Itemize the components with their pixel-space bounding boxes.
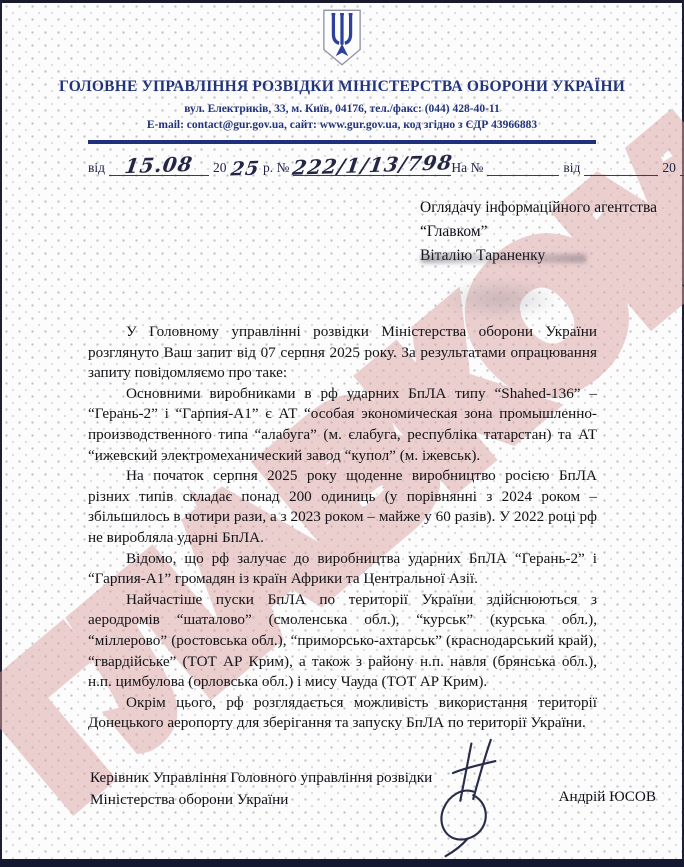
handwritten-signature — [416, 738, 512, 858]
letter-content: ГОЛОВНЕ УПРАВЛІННЯ РОЗВІДКИ МІНІСТЕРСТВА… — [0, 0, 684, 867]
reply-date-underline — [584, 158, 658, 176]
paragraph-launch-sites: Найчастіше пуски БпЛА по території Украї… — [88, 590, 597, 693]
outgoing-reference: від 15.08 2025р. № 222/1/13/798 — [88, 158, 451, 176]
address-line-2: E-mail: contact@gur.gov.ua, сайт: www.gu… — [0, 118, 684, 134]
from-label: від — [88, 160, 105, 176]
recipient-line-1: Оглядачу інформаційного агентства — [420, 196, 670, 220]
paragraph-intro: У Головному управлінні розвідки Міністер… — [88, 322, 597, 384]
incoming-reference: На № від 20 р. — [451, 158, 684, 176]
official-letter-page: ГЛАВКОМ ГОЛОВНЕ УПРАВЛІННЯ РОЗВІДКИ МІНІ… — [0, 0, 684, 867]
address-line-1: вул. Електриків, 33, м. Київ, 04176, тел… — [0, 102, 684, 118]
reply-number-underline — [487, 158, 559, 176]
recipient-line-2: “Главком” — [420, 220, 670, 244]
reply-year-underline — [680, 158, 684, 176]
paragraph-production-volume: На початок серпня 2025 року щоденне виро… — [88, 466, 597, 548]
reply-from-label: від — [563, 160, 580, 176]
paragraph-foreign-workers: Відомо, що рф залучає до виробництва уда… — [88, 549, 597, 590]
reply-number-label: На № — [451, 160, 483, 176]
ukraine-trident-emblem-icon — [321, 8, 363, 68]
header-divider — [88, 140, 596, 144]
signer-name: Андрій ЮСОВ — [559, 788, 656, 806]
paragraph-donetsk-airport: Окрім цього, рф розглядається можливість… — [88, 693, 597, 734]
letter-body: У Головному управлінні розвідки Міністер… — [88, 322, 597, 734]
reference-row: від 15.08 2025р. № 222/1/13/798 На № від… — [88, 158, 656, 176]
organization-name: ГОЛОВНЕ УПРАВЛІННЯ РОЗВІДКИ МІНІСТЕРСТВА… — [0, 78, 684, 96]
handwritten-year: 25 — [229, 162, 260, 177]
faded-pencil-smudge — [440, 278, 560, 320]
paragraph-producers: Основними виробниками в рф ударних БпЛА … — [88, 384, 597, 466]
organization-address: вул. Електриків, 33, м. Київ, 04176, тел… — [0, 102, 684, 133]
handwritten-date: 15.08 — [124, 157, 194, 173]
handwritten-number: 222/1/13/798 — [292, 155, 454, 175]
year-suffix: р. № — [263, 160, 289, 176]
redacted-contact-line — [421, 254, 586, 263]
number-underline: 222/1/13/798 — [293, 158, 451, 176]
date-underline: 15.08 — [109, 158, 209, 176]
year-prefix: 20 — [213, 160, 227, 176]
reply-year-prefix: 20 — [662, 160, 676, 176]
